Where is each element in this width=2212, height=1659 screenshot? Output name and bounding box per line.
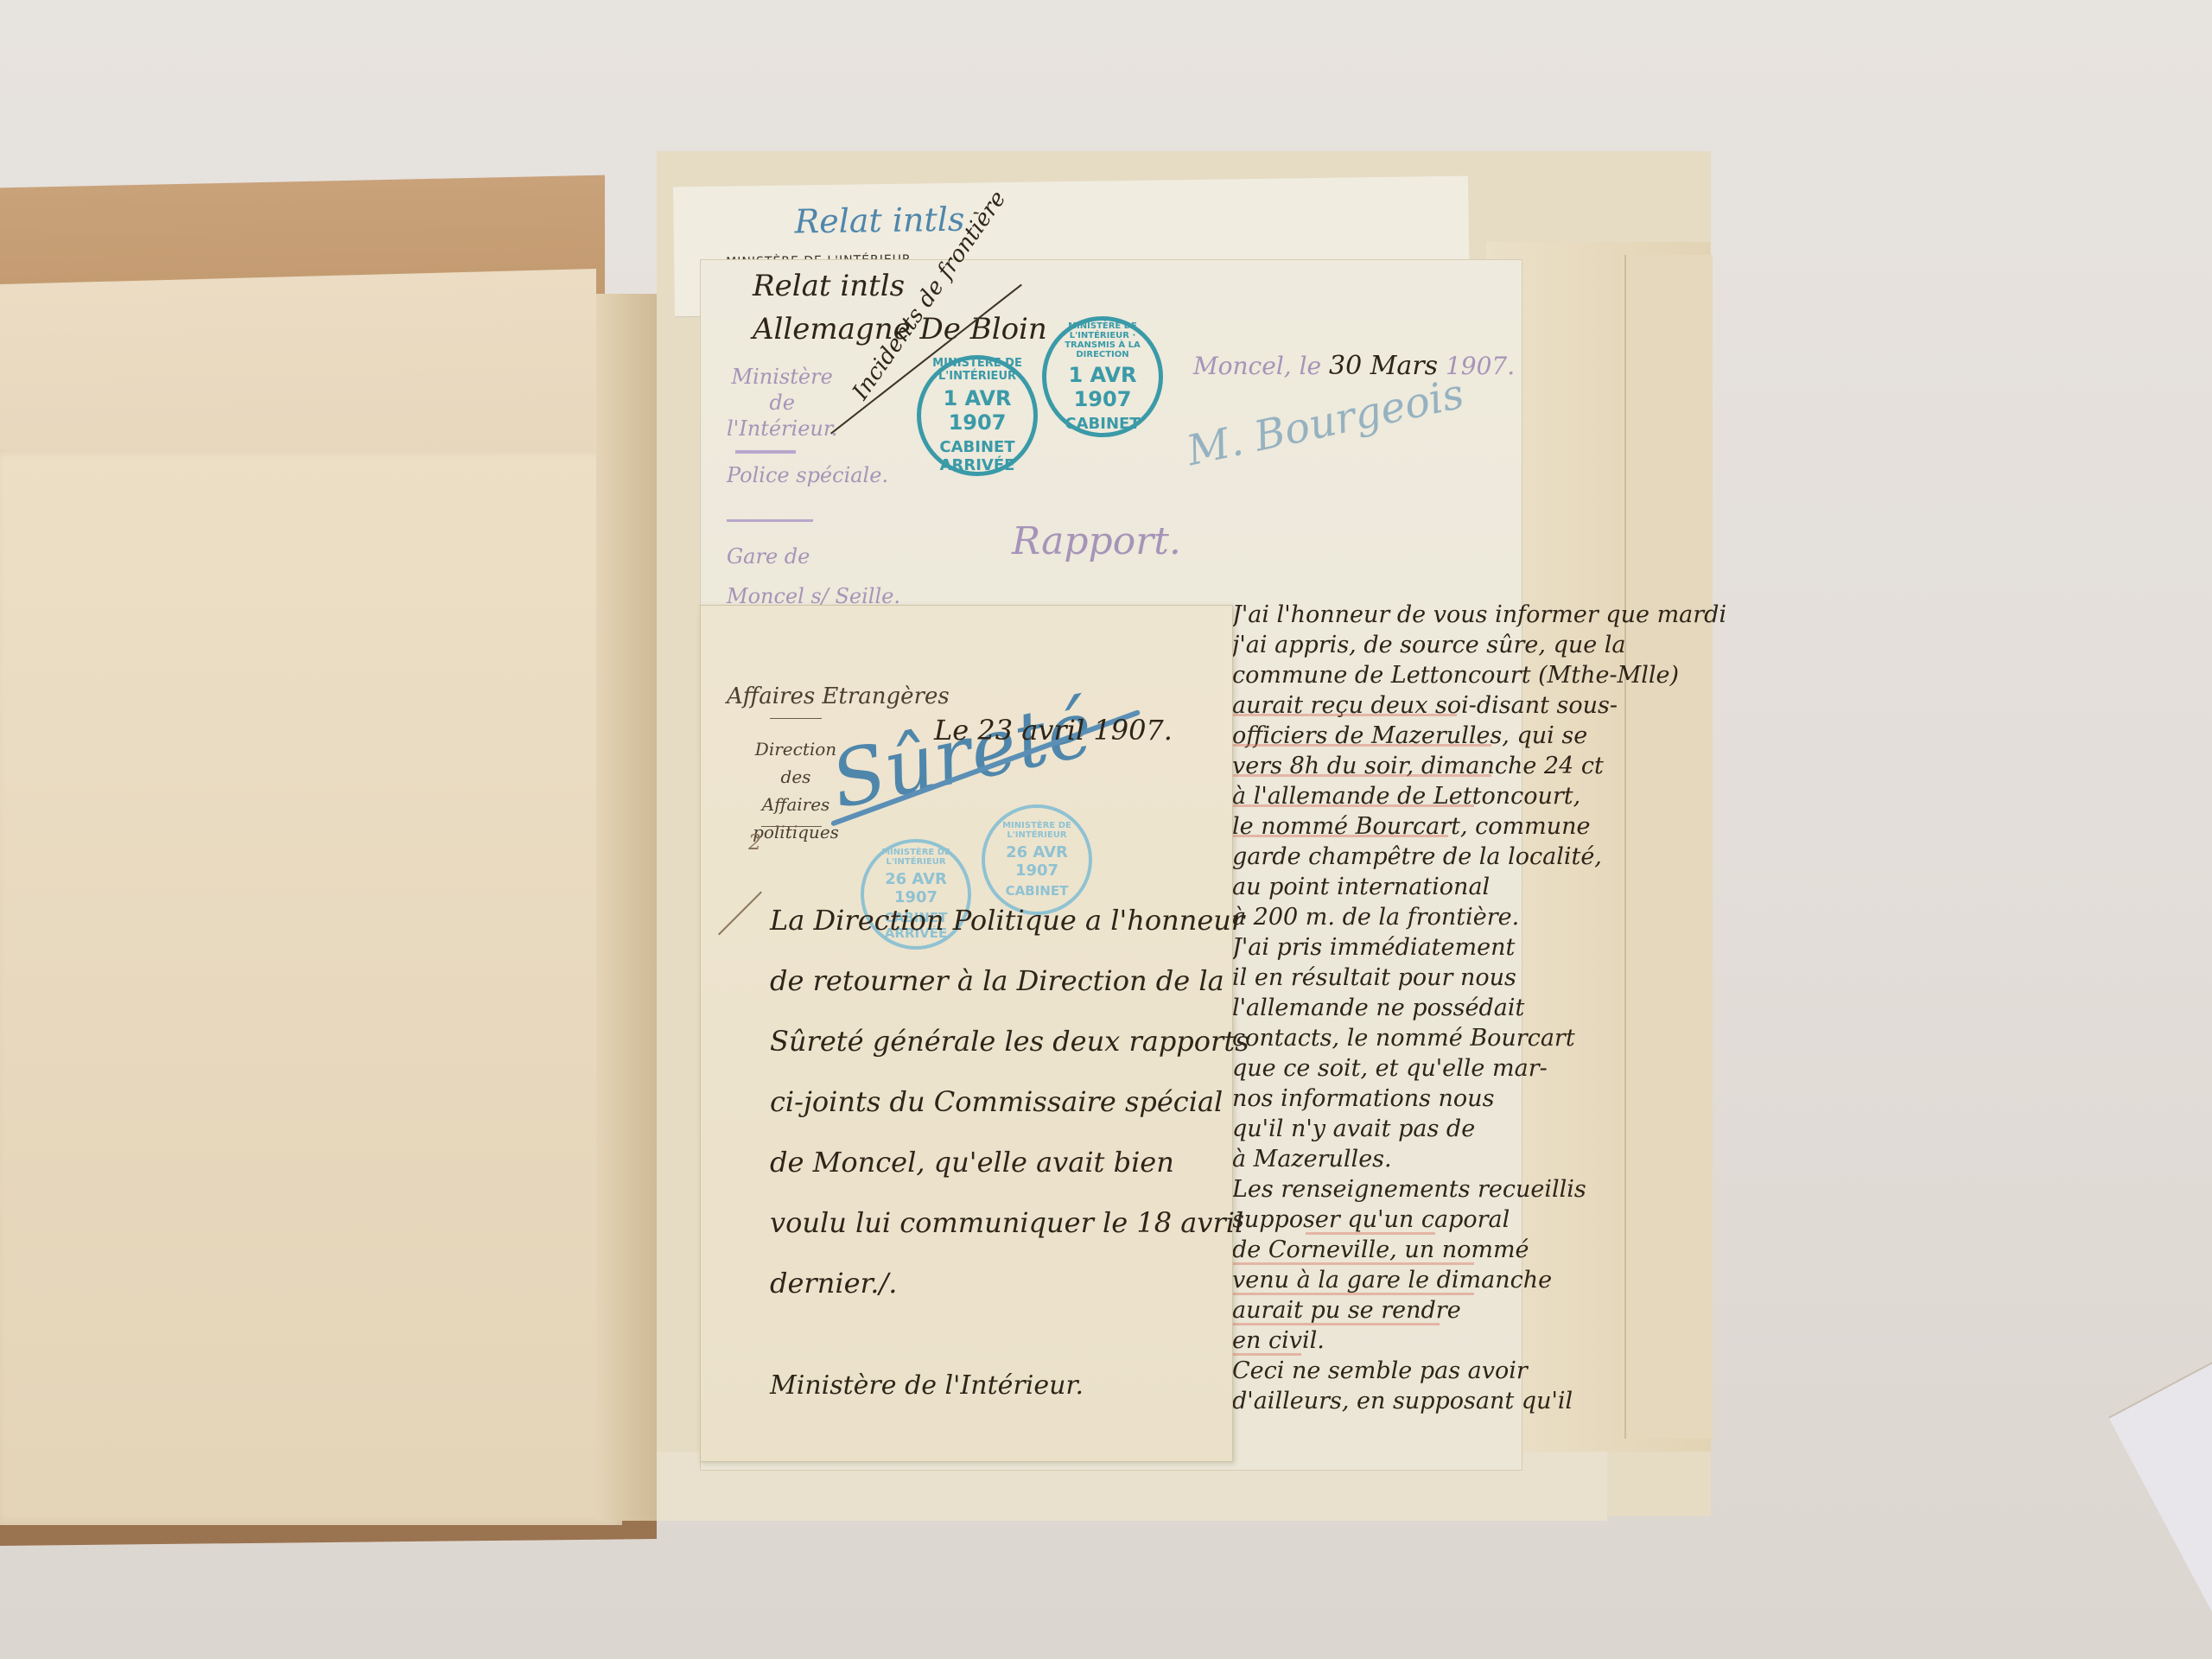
report-line: garde champêtre de la localité, (1232, 843, 1602, 870)
divider (761, 826, 822, 827)
note-line: Sûreté générale les deux rapports (770, 1025, 1249, 1058)
report-letterhead-service: Police spéciale. (727, 463, 888, 487)
red-underline (1232, 774, 1491, 777)
report-line: supposer qu'un caporal (1232, 1206, 1510, 1233)
report-blue-signature: M. Bourgeois (1183, 370, 1468, 475)
report-letterhead-ministry: Ministère de l'Intérieur. (727, 364, 837, 442)
report-line: d'ailleurs, en supposant qu'il (1232, 1388, 1573, 1414)
report-line: Ceci ne semble pas avoir (1232, 1357, 1528, 1384)
report-line: venu à la gare le dimanche (1232, 1267, 1552, 1294)
report-line: l'allemande ne possédait (1232, 995, 1524, 1021)
left-folder-page (0, 449, 622, 1525)
red-underline (1232, 744, 1491, 747)
report-line: J'ai pris immédiatement (1232, 934, 1515, 961)
red-underline (1306, 1232, 1435, 1235)
red-underline (1232, 1262, 1474, 1265)
report-annotation-1: Relat intls (753, 269, 905, 303)
note-line: ci-joints du Commissaire spécial (770, 1085, 1223, 1118)
red-underline (1232, 1353, 1301, 1356)
report-line: commune de Lettoncourt (Mthe-Mlle) (1232, 662, 1679, 689)
stack-edge-sheets-outer (1624, 255, 1713, 1439)
report-line: à Mazerulles. (1232, 1146, 1392, 1173)
red-underline (1232, 1323, 1440, 1325)
report-dateline: Moncel, le 30 Mars 1907. (1193, 351, 1515, 381)
note-line: dernier./. (770, 1267, 897, 1300)
report-line: il en résultait pour nous (1232, 964, 1516, 991)
report-line: nos informations nous (1232, 1085, 1494, 1112)
note-line: voulu lui communiquer le 18 avril (770, 1206, 1243, 1239)
ministry-stamp-arrivee: MINISTÈRE DE L'INTÉRIEUR 1 AVR 1907 CABI… (917, 355, 1038, 476)
report-line: j'ai appris, de source sûre, que la (1232, 632, 1626, 658)
report-line: à 200 m. de la frontière. (1232, 904, 1519, 931)
note-line: de Moncel, qu'elle avait bien (770, 1146, 1174, 1179)
red-underline (1232, 714, 1457, 716)
note-addressee: Ministère de l'Intérieur. (770, 1370, 1084, 1401)
report-title: Rapport. (1012, 519, 1181, 563)
ministry-stamp-faded: MINISTÈRE DE L'INTÉRIEUR 26 AVR 1907 CAB… (982, 804, 1092, 915)
report-line: en civil. (1232, 1327, 1325, 1354)
red-underline (1232, 804, 1474, 807)
folder-spine (596, 294, 657, 1521)
red-underline (1232, 1293, 1474, 1295)
report-line: au point international (1232, 874, 1490, 900)
foreign-affairs-note: Affaires Etrangères Direction des Affair… (700, 605, 1233, 1462)
note-date: Le 23 avril 1907. (934, 714, 1173, 747)
note-letterhead-ministry: Affaires Etrangères (727, 683, 950, 709)
note-line: de retourner à la Direction de la (770, 964, 1224, 997)
note-line: La Direction Politique a l'honneur (770, 904, 1244, 937)
back-sheet-annotation: Relat intls (794, 200, 964, 241)
red-underline (1232, 835, 1448, 837)
divider (727, 519, 813, 522)
report-line: contacts, le nommé Bourcart (1232, 1025, 1575, 1052)
report-line: J'ai l'honneur de vous informer que mard… (1232, 601, 1726, 628)
note-number: 2 (748, 830, 761, 855)
divider (735, 450, 796, 454)
report-line: aurait pu se rendre (1232, 1297, 1461, 1324)
report-line: de Corneville, un nommé (1232, 1236, 1529, 1263)
report-line: que ce soit, et qu'elle mar- (1232, 1055, 1548, 1082)
ministry-stamp-transmis: MINISTÈRE DE L'INTÉRIEUR · TRANSMIS À LA… (1042, 316, 1163, 437)
report-line: qu'il n'y avait pas de (1232, 1116, 1475, 1142)
divider (770, 718, 822, 719)
report-line: Les renseignements recueillis (1232, 1176, 1586, 1203)
pencil-mark (718, 892, 762, 936)
